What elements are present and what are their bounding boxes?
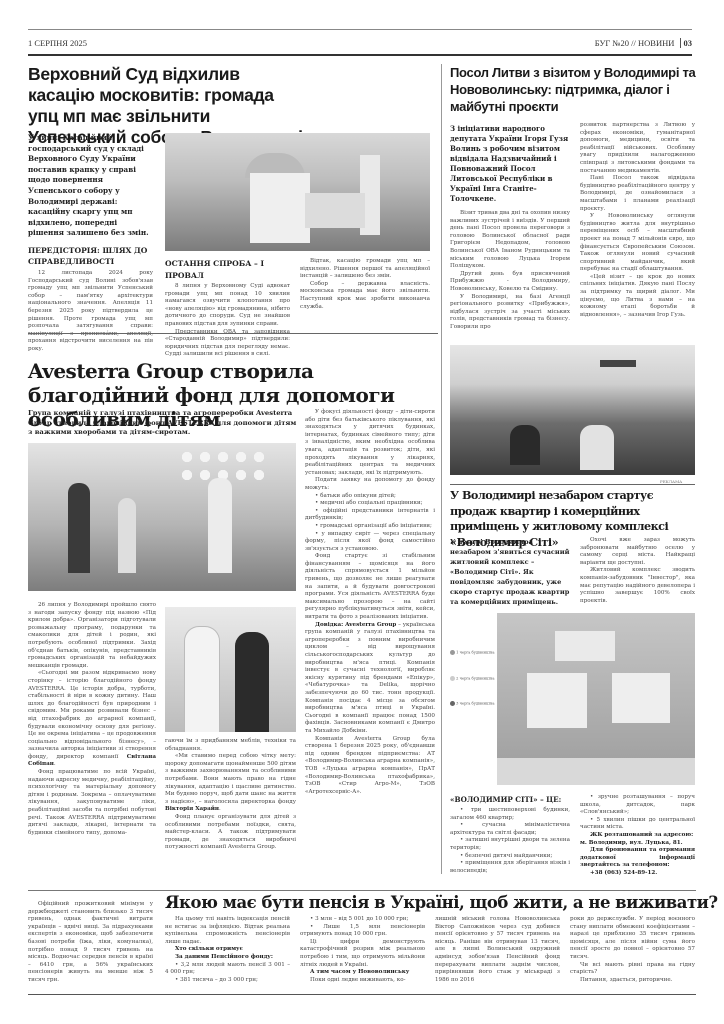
pension-col2: На цьому тлі навіть індексація пенсій не… xyxy=(165,916,290,984)
pension-col3: • 3 млн – від 5 001 до 10 000 грн; • Лиш… xyxy=(300,916,425,984)
issue-date: 1 СЕРПНЯ 2025 xyxy=(28,38,87,48)
pension-col5: роки до держслужби. У період воєнного ст… xyxy=(570,916,695,984)
construction-legend: 1 черга будівництва 2 черга будівництва … xyxy=(450,650,498,707)
avesterra-article-lead: Група компаній у галузі птахівництва та … xyxy=(28,409,300,438)
header-right: БУГ №20 // НОВИНИ 03 xyxy=(595,38,692,48)
two-women-photo xyxy=(165,607,296,732)
address-label: ЖК розташований за адресою: xyxy=(580,832,695,840)
page-number: 03 xyxy=(680,38,693,48)
ambassador-body-col2: розвиток партнерства з Литвою у сферах е… xyxy=(580,122,695,319)
court-body-last-col2: Відтак, касацію громади упц мп – відхиле… xyxy=(300,258,430,311)
features-list-col1: • три шестиповерхові будинки, загалом 46… xyxy=(450,807,570,875)
court-subhead-history: ПЕРЕДІСТОРІЯ: ШЛЯХ ДО СПРАВЕДЛИВОСТІ xyxy=(28,246,153,267)
avesterra-col2: гаючи їм з придбанням меблів, техніки та… xyxy=(165,738,296,852)
ambassador-article-title: Посол Литви з візитом у Володимирі та Но… xyxy=(450,64,700,115)
ambassador-article-lead: З ініціативи народного депутата України … xyxy=(450,124,575,204)
section-name: БУГ №20 // НОВИНИ xyxy=(595,38,675,48)
avesterra-col1: 26 липня у Володимирі пройшло свято з на… xyxy=(28,602,156,837)
meeting-hall-photo xyxy=(450,345,695,475)
ambassador-body-col1: Візит тривав два дні та охопив низку важ… xyxy=(450,210,570,332)
court-subhead-last: ОСТАННЯ СПРОБА – І ПРОВАЛ xyxy=(165,258,285,282)
city-body: Охочі вже зараз можуть забронювати майбу… xyxy=(580,537,695,605)
aerial-render xyxy=(497,613,695,785)
court-article-lead: У липні Касаційний господарський суд у с… xyxy=(28,133,153,239)
contact-label: Для бронювання та отримання додаткової і… xyxy=(580,847,695,870)
person-name: Вікторія Харайн xyxy=(165,806,219,812)
pension-article-title: Якою має бути пенсія в Україні, щоб жити… xyxy=(165,893,705,913)
features-list-col2: • зручне розташування – поруч школа, дит… xyxy=(580,794,695,878)
city-article-lead: У центрі Володимира незабаром з'явиться … xyxy=(450,537,575,607)
court-body-history: 12 листопада 2024 року Господарський суд… xyxy=(28,270,153,354)
court-body-last-col1: 8 липня у Верховному Суді адвокат громад… xyxy=(165,283,290,359)
avesterra-col3: У фокусі діяльності фонду – діти-сироти … xyxy=(305,409,435,796)
children-group-photo xyxy=(28,443,296,591)
pension-col4: лишній міський голова Нововолинська Вікт… xyxy=(435,916,560,984)
cathedral-photo xyxy=(165,133,430,251)
features-title: «ВОЛОДИМИР СІТІ» – ЦЕ: xyxy=(450,794,561,805)
pension-col1: Офіційний прожитковий мінімум у держбюдж… xyxy=(28,901,153,985)
phone-number[interactable]: +38 (063) 524-89-12. xyxy=(580,870,695,878)
